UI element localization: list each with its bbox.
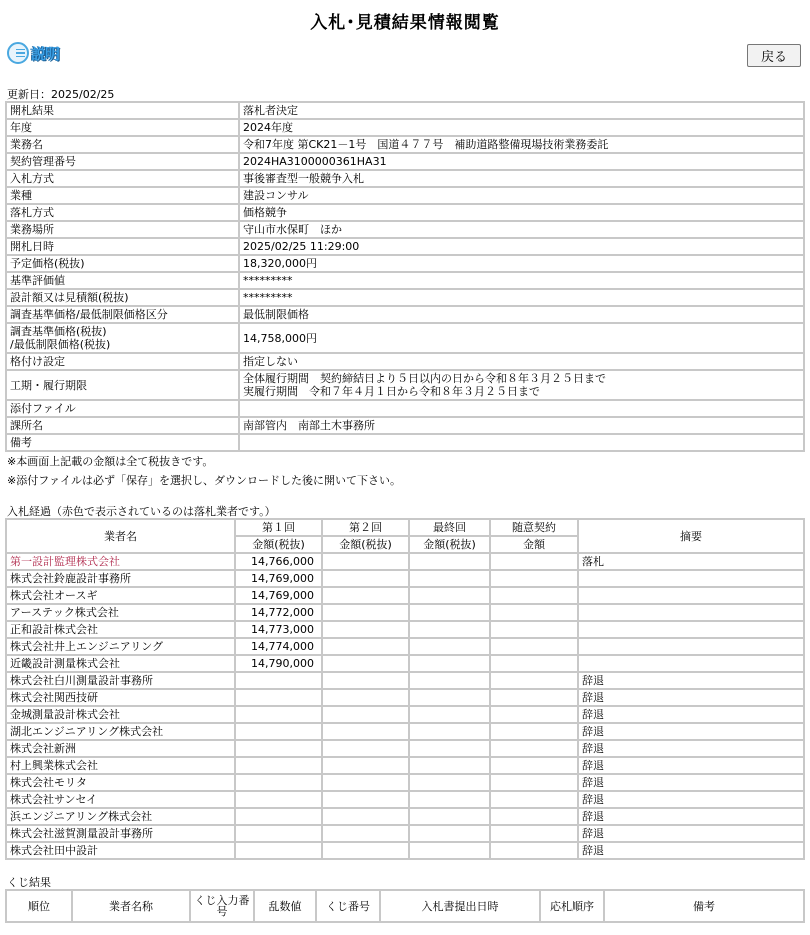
info-row: 入札方式事後審査型一般競争入札 xyxy=(6,170,804,187)
bid-negotiated-amount xyxy=(490,791,578,808)
bid-summary: 辞退 xyxy=(578,740,804,757)
bid-round2-amount xyxy=(322,757,409,774)
bid-negotiated-amount xyxy=(490,689,578,706)
bid-company: 株式会社白川測量設計事務所 xyxy=(6,672,235,689)
bid-company: 株式会社サンセイ xyxy=(6,791,235,808)
bid-round2-amount xyxy=(322,621,409,638)
bid-row: 株式会社モリタ辞退 xyxy=(6,774,804,791)
col-round1: 第１回 xyxy=(235,519,322,536)
bid-round1-amount: 14,772,000 xyxy=(235,604,322,621)
bid-final-amount xyxy=(409,570,490,587)
bid-final-amount xyxy=(409,638,490,655)
info-value: 令和7年度 第CK21－1号 国道４７７号 補助道路整備現場技術業務委託 xyxy=(239,136,804,153)
bid-summary: 辞退 xyxy=(578,825,804,842)
info-value-line2: 実履行期間 令和７年４月１日から令和８年３月２５日まで xyxy=(243,385,800,398)
info-label-line2: /最低制限価格(税抜) xyxy=(10,338,235,351)
bid-round2-amount xyxy=(322,655,409,672)
info-row: 格付け設定指定しない xyxy=(6,353,804,370)
bid-company: 湖北エンジニアリング株式会社 xyxy=(6,723,235,740)
bid-summary: 辞退 xyxy=(578,672,804,689)
bid-round2-amount xyxy=(322,638,409,655)
bid-summary xyxy=(578,570,804,587)
bid-round1-amount: 14,769,000 xyxy=(235,587,322,604)
bid-row: 正和設計株式会社14,773,000 xyxy=(6,621,804,638)
lottery-caption: くじ結果 xyxy=(7,874,51,890)
bid-company: 金城測量設計株式会社 xyxy=(6,706,235,723)
info-label: 添付ファイル xyxy=(6,400,239,417)
bid-round2-amount xyxy=(322,604,409,621)
bid-final-amount xyxy=(409,553,490,570)
info-label-line1: 調査基準価格(税抜) xyxy=(10,325,235,338)
bid-row: 株式会社田中設計辞退 xyxy=(6,842,804,859)
info-value: 価格競争 xyxy=(239,204,804,221)
bid-summary: 辞退 xyxy=(578,757,804,774)
bid-round1-amount xyxy=(235,774,322,791)
bid-round2-amount xyxy=(322,553,409,570)
bid-negotiated-amount xyxy=(490,723,578,740)
info-label: 入札方式 xyxy=(6,170,239,187)
page-title: 入札･見積結果情報閲覧 xyxy=(0,8,810,33)
info-value: 14,758,000円 xyxy=(239,323,804,353)
bid-round2-amount xyxy=(322,570,409,587)
col-remarks: 備考 xyxy=(604,890,804,922)
bid-summary xyxy=(578,638,804,655)
bid-summary: 辞退 xyxy=(578,842,804,859)
col-negotiated: 随意契約 xyxy=(490,519,578,536)
info-row: 調査基準価格(税抜) /最低制限価格(税抜) 14,758,000円 xyxy=(6,323,804,353)
bid-summary: 辞退 xyxy=(578,774,804,791)
info-row: 備考 xyxy=(6,434,804,451)
bid-negotiated-amount xyxy=(490,621,578,638)
info-label: 開札結果 xyxy=(6,102,239,119)
bid-round2-amount xyxy=(322,842,409,859)
col-round2: 第２回 xyxy=(322,519,409,536)
info-label: 調査基準価格(税抜) /最低制限価格(税抜) xyxy=(6,323,239,353)
info-row: 開札日時2025/02/25 11:29:00 xyxy=(6,238,804,255)
info-label: 業種 xyxy=(6,187,239,204)
bid-round2-amount xyxy=(322,689,409,706)
bid-history-table: 業者名 第１回 第２回 最終回 随意契約 摘要 金額(税抜) 金額(税抜) 金額… xyxy=(5,518,805,860)
help-label: 説明 xyxy=(31,43,59,64)
bid-row: 近畿設計測量株式会社14,790,000 xyxy=(6,655,804,672)
col-final: 最終回 xyxy=(409,519,490,536)
bid-final-amount xyxy=(409,842,490,859)
info-label: 年度 xyxy=(6,119,239,136)
bid-final-amount xyxy=(409,706,490,723)
bid-round1-amount xyxy=(235,672,322,689)
col-final-amount: 金額(税抜) xyxy=(409,536,490,553)
bid-company: 株式会社田中設計 xyxy=(6,842,235,859)
back-button[interactable]: 戻る xyxy=(747,44,801,67)
bid-round1-amount: 14,790,000 xyxy=(235,655,322,672)
bid-negotiated-amount xyxy=(490,570,578,587)
lottery-table: 順位 業者名称 くじ入力番号 乱数値 くじ番号 入札書提出日時 応札順序 備考 xyxy=(5,889,805,923)
col-summary: 摘要 xyxy=(578,519,804,553)
bid-negotiated-amount xyxy=(490,706,578,723)
bid-summary: 辞退 xyxy=(578,808,804,825)
bid-final-amount xyxy=(409,587,490,604)
info-row: 開札結果落札者決定 xyxy=(6,102,804,119)
bid-round2-amount xyxy=(322,587,409,604)
col-bid-order: 応札順序 xyxy=(540,890,604,922)
bid-summary: 辞退 xyxy=(578,689,804,706)
info-value: 指定しない xyxy=(239,353,804,370)
bid-negotiated-amount xyxy=(490,672,578,689)
info-value: ********* xyxy=(239,289,804,306)
col-company-name: 業者名称 xyxy=(72,890,190,922)
bid-final-amount xyxy=(409,655,490,672)
bid-summary xyxy=(578,604,804,621)
col-negotiated-amount: 金額 xyxy=(490,536,578,553)
bid-round1-amount xyxy=(235,723,322,740)
bid-negotiated-amount xyxy=(490,842,578,859)
bid-row: 株式会社鈴鹿設計事務所14,769,000 xyxy=(6,570,804,587)
bid-negotiated-amount xyxy=(490,740,578,757)
bid-history-caption: 入札経過（赤色で表示されているのは落札業者です。） xyxy=(7,503,276,519)
info-value: 守山市水保町 ほか xyxy=(239,221,804,238)
info-row: 業務名令和7年度 第CK21－1号 国道４７７号 補助道路整備現場技術業務委託 xyxy=(6,136,804,153)
bid-summary: 辞退 xyxy=(578,723,804,740)
bid-round1-amount xyxy=(235,791,322,808)
bid-round2-amount xyxy=(322,740,409,757)
attachment-value xyxy=(239,400,804,417)
bid-row: 株式会社井上エンジニアリング14,774,000 xyxy=(6,638,804,655)
bid-company: 株式会社滋賀測量設計事務所 xyxy=(6,825,235,842)
info-row: 課所名南部管内 南部土木事務所 xyxy=(6,417,804,434)
bid-company: 浜エンジニアリング株式会社 xyxy=(6,808,235,825)
col-lottery-input-number: くじ入力番号 xyxy=(190,890,254,922)
info-row: 契約管理番号2024HA3100000361HA31 xyxy=(6,153,804,170)
info-label: 業務場所 xyxy=(6,221,239,238)
info-label: 基準評価値 xyxy=(6,272,239,289)
bid-negotiated-amount xyxy=(490,808,578,825)
bid-row: 株式会社関西技研辞退 xyxy=(6,689,804,706)
document-icon xyxy=(7,42,29,64)
bid-company: 村上興業株式会社 xyxy=(6,757,235,774)
info-label: 調査基準価格/最低制限価格区分 xyxy=(6,306,239,323)
bid-round2-amount xyxy=(322,706,409,723)
bid-round1-amount xyxy=(235,689,322,706)
info-label: 格付け設定 xyxy=(6,353,239,370)
info-label: 予定価格(税抜) xyxy=(6,255,239,272)
info-label: 落札方式 xyxy=(6,204,239,221)
bid-negotiated-amount xyxy=(490,655,578,672)
col-round1-amount: 金額(税抜) xyxy=(235,536,322,553)
bid-round1-amount: 14,773,000 xyxy=(235,621,322,638)
bid-round2-amount xyxy=(322,672,409,689)
info-row: 添付ファイル xyxy=(6,400,804,417)
col-random-value: 乱数値 xyxy=(254,890,316,922)
bid-negotiated-amount xyxy=(490,757,578,774)
bid-negotiated-amount xyxy=(490,553,578,570)
bid-final-amount xyxy=(409,740,490,757)
bid-round2-amount xyxy=(322,774,409,791)
bid-round1-amount: 14,766,000 xyxy=(235,553,322,570)
info-value: 南部管内 南部土木事務所 xyxy=(239,417,804,434)
bid-negotiated-amount xyxy=(490,638,578,655)
info-row: 落札方式価格競争 xyxy=(6,204,804,221)
info-label: 課所名 xyxy=(6,417,239,434)
info-label: 業務名 xyxy=(6,136,239,153)
col-lottery-number: くじ番号 xyxy=(316,890,380,922)
info-value: ********* xyxy=(239,272,804,289)
bid-info-table: 開札結果落札者決定 年度2024年度 業務名令和7年度 第CK21－1号 国道４… xyxy=(5,101,805,452)
bid-row: 株式会社新洲辞退 xyxy=(6,740,804,757)
bid-final-amount xyxy=(409,808,490,825)
bid-row: 株式会社滋賀測量設計事務所辞退 xyxy=(6,825,804,842)
bid-summary xyxy=(578,655,804,672)
bid-round2-amount xyxy=(322,723,409,740)
bid-final-amount xyxy=(409,604,490,621)
info-row: 基準評価値********* xyxy=(6,272,804,289)
bid-row: 第一設計監理株式会社14,766,000落札 xyxy=(6,553,804,570)
bid-row: アーステック株式会社14,772,000 xyxy=(6,604,804,621)
bid-final-amount xyxy=(409,791,490,808)
info-row: 調査基準価格/最低制限価格区分最低制限価格 xyxy=(6,306,804,323)
bid-final-amount xyxy=(409,621,490,638)
bid-row: 湖北エンジニアリング株式会社辞退 xyxy=(6,723,804,740)
bid-round1-amount xyxy=(235,825,322,842)
bid-company: 株式会社井上エンジニアリング xyxy=(6,638,235,655)
bid-summary xyxy=(578,621,804,638)
bid-negotiated-amount xyxy=(490,587,578,604)
info-row: 予定価格(税抜)18,320,000円 xyxy=(6,255,804,272)
bid-final-amount xyxy=(409,774,490,791)
bid-negotiated-amount xyxy=(490,604,578,621)
info-value: 18,320,000円 xyxy=(239,255,804,272)
bid-company: 正和設計株式会社 xyxy=(6,621,235,638)
info-label: 開札日時 xyxy=(6,238,239,255)
info-value: 事後審査型一般競争入札 xyxy=(239,170,804,187)
bid-row: 株式会社サンセイ辞退 xyxy=(6,791,804,808)
info-value: 最低制限価格 xyxy=(239,306,804,323)
bid-final-amount xyxy=(409,825,490,842)
bid-round2-amount xyxy=(322,808,409,825)
bid-round1-amount xyxy=(235,808,322,825)
col-company: 業者名 xyxy=(6,519,235,553)
bid-company: 株式会社新洲 xyxy=(6,740,235,757)
info-row: 工期・履行期限 全体履行期間 契約締結日より５日以内の日から令和８年３月２５日ま… xyxy=(6,370,804,400)
bid-round1-amount: 14,774,000 xyxy=(235,638,322,655)
bid-round1-amount xyxy=(235,757,322,774)
bid-round1-amount: 14,769,000 xyxy=(235,570,322,587)
info-value xyxy=(239,434,804,451)
tax-note: ※本画面上記載の金額は全て税抜きです。 xyxy=(7,453,213,469)
info-value: 2024年度 xyxy=(239,119,804,136)
bid-summary: 辞退 xyxy=(578,706,804,723)
bid-round1-amount xyxy=(235,706,322,723)
bid-final-amount xyxy=(409,689,490,706)
bid-negotiated-amount xyxy=(490,825,578,842)
info-label: 工期・履行期限 xyxy=(6,370,239,400)
col-round2-amount: 金額(税抜) xyxy=(322,536,409,553)
info-row: 年度2024年度 xyxy=(6,119,804,136)
bid-summary: 辞退 xyxy=(578,791,804,808)
bid-negotiated-amount xyxy=(490,774,578,791)
info-row: 設計額又は見積額(税抜)********* xyxy=(6,289,804,306)
col-rank: 順位 xyxy=(6,890,72,922)
bid-row: 株式会社白川測量設計事務所辞退 xyxy=(6,672,804,689)
bid-company: 第一設計監理株式会社 xyxy=(6,553,235,570)
bid-company: 株式会社オースギ xyxy=(6,587,235,604)
info-value-line1: 全体履行期間 契約締結日より５日以内の日から令和８年３月２５日まで xyxy=(243,372,800,385)
bid-company: 株式会社モリタ xyxy=(6,774,235,791)
bid-round2-amount xyxy=(322,791,409,808)
bid-row: 金城測量設計株式会社辞退 xyxy=(6,706,804,723)
info-row: 業務場所守山市水保町 ほか xyxy=(6,221,804,238)
bid-round1-amount xyxy=(235,740,322,757)
info-label: 契約管理番号 xyxy=(6,153,239,170)
col-submission-datetime: 入札書提出日時 xyxy=(380,890,540,922)
bid-round1-amount xyxy=(235,842,322,859)
bid-row: 浜エンジニアリング株式会社辞退 xyxy=(6,808,804,825)
bid-company: 近畿設計測量株式会社 xyxy=(6,655,235,672)
info-value: 2024HA3100000361HA31 xyxy=(239,153,804,170)
bid-final-amount xyxy=(409,757,490,774)
info-value: 全体履行期間 契約締結日より５日以内の日から令和８年３月２５日まで 実履行期間 … xyxy=(239,370,804,400)
bid-summary xyxy=(578,587,804,604)
bid-round2-amount xyxy=(322,825,409,842)
bid-row: 株式会社オースギ14,769,000 xyxy=(6,587,804,604)
info-value: 建設コンサル xyxy=(239,187,804,204)
bid-company: 株式会社関西技研 xyxy=(6,689,235,706)
updated-date: 更新日：2025/02/25 xyxy=(7,86,114,102)
info-value: 2025/02/25 11:29:00 xyxy=(239,238,804,255)
info-row: 業種建設コンサル xyxy=(6,187,804,204)
bid-final-amount xyxy=(409,672,490,689)
bid-company: アーステック株式会社 xyxy=(6,604,235,621)
bid-row: 村上興業株式会社辞退 xyxy=(6,757,804,774)
help-link[interactable]: 説明 xyxy=(7,42,59,64)
bid-final-amount xyxy=(409,723,490,740)
info-label: 備考 xyxy=(6,434,239,451)
bid-company: 株式会社鈴鹿設計事務所 xyxy=(6,570,235,587)
info-value: 落札者決定 xyxy=(239,102,804,119)
info-label: 設計額又は見積額(税抜) xyxy=(6,289,239,306)
attachment-note: ※添付ファイルは必ず「保存」を選択し、ダウンロードした後に開いて下さい。 xyxy=(7,472,401,488)
bid-summary: 落札 xyxy=(578,553,804,570)
